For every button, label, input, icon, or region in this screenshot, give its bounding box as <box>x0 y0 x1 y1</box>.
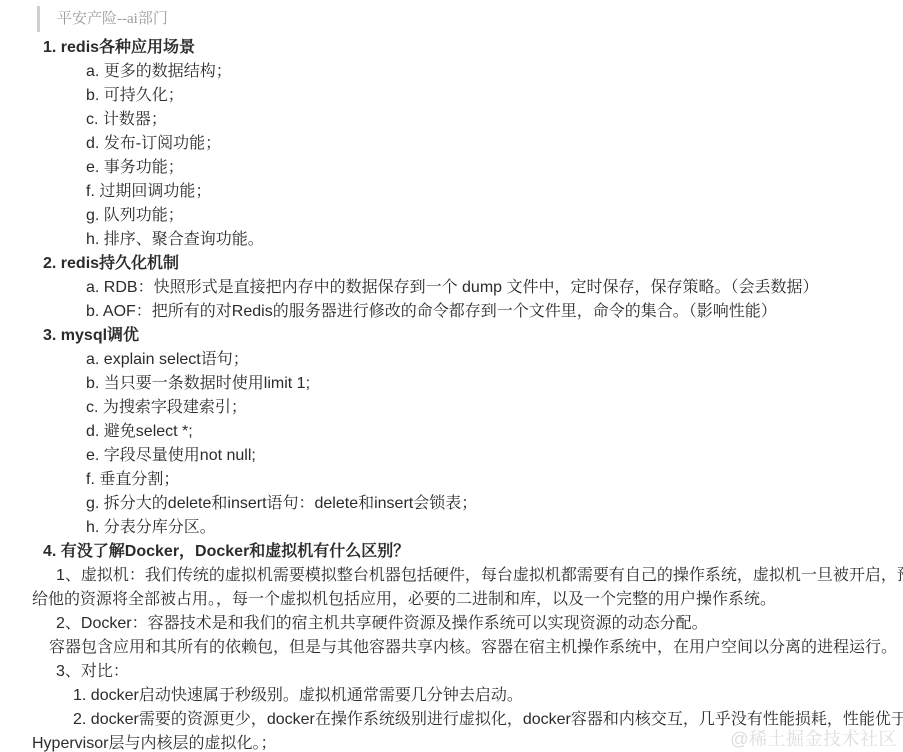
section-heading-mysql-tuning: 3. mysql调优 <box>0 324 903 348</box>
list-item: e. 事务功能； <box>0 156 903 180</box>
list-item: f. 垂直分割； <box>0 468 903 492</box>
quote-text: 平安产险--ai部门 <box>57 11 168 27</box>
paragraph-line: 3、对比： <box>0 660 903 684</box>
section-heading-redis-scenes: 1. redis各种应用场景 <box>0 36 903 60</box>
list-item: d. 避免select *; <box>0 420 903 444</box>
list-item: c. 计数器； <box>0 108 903 132</box>
article-page: 平安产险--ai部门 1. redis各种应用场景 a. 更多的数据结构； b.… <box>0 0 903 752</box>
list-item: a. RDB：快照形式是直接把内存中的数据保存到一个 dump 文件中，定时保存… <box>0 276 903 300</box>
quote-block: 平安产险--ai部门 <box>37 6 903 32</box>
paragraph-line: 给他的资源将全部被占用。，每一个虚拟机包括应用，必要的二进制和库，以及一个完整的… <box>0 588 903 612</box>
list-item: h. 分表分库分区。 <box>0 516 903 540</box>
list-item: b. AOF：把所有的对Redis的服务器进行修改的命令都存到一个文件里，命令的… <box>0 300 903 324</box>
list-item: b. 当只要一条数据时使用limit 1; <box>0 372 903 396</box>
paragraph-line: Hypervisor层与内核层的虚拟化。； <box>0 732 903 752</box>
paragraph-line: 1. docker启动快速属于秒级别。虚拟机通常需要几分钟去启动。 <box>0 684 903 708</box>
section-heading-redis-persistence: 2. redis持久化机制 <box>0 252 903 276</box>
section-heading-docker-vs-vm: 4. 有没了解Docker，Docker和虚拟机有什么区别？ <box>0 540 903 564</box>
list-item: g. 队列功能； <box>0 204 903 228</box>
list-item: h. 排序、聚合查询功能。 <box>0 228 903 252</box>
list-item: c. 为搜索字段建索引； <box>0 396 903 420</box>
list-item: a. explain select语句； <box>0 348 903 372</box>
list-item: d. 发布-订阅功能； <box>0 132 903 156</box>
paragraph-line: 2、Docker：容器技术是和我们的宿主机共享硬件资源及操作系统可以实现资源的动… <box>0 612 903 636</box>
paragraph-line: 容器包含应用和其所有的依赖包，但是与其他容器共享内核。容器在宿主机操作系统中，在… <box>0 636 903 660</box>
list-item: a. 更多的数据结构； <box>0 60 903 84</box>
list-item: g. 拆分大的delete和insert语句：delete和insert会锁表； <box>0 492 903 516</box>
paragraph-line: 1、虚拟机：我们传统的虚拟机需要模拟整台机器包括硬件，每台虚拟机都需要有自己的操… <box>0 564 903 588</box>
list-item: b. 可持久化； <box>0 84 903 108</box>
list-item: f. 过期回调功能； <box>0 180 903 204</box>
paragraph-line: 2. docker需要的资源更少，docker在操作系统级别进行虚拟化，dock… <box>0 708 903 732</box>
list-item: e. 字段尽量使用not null; <box>0 444 903 468</box>
